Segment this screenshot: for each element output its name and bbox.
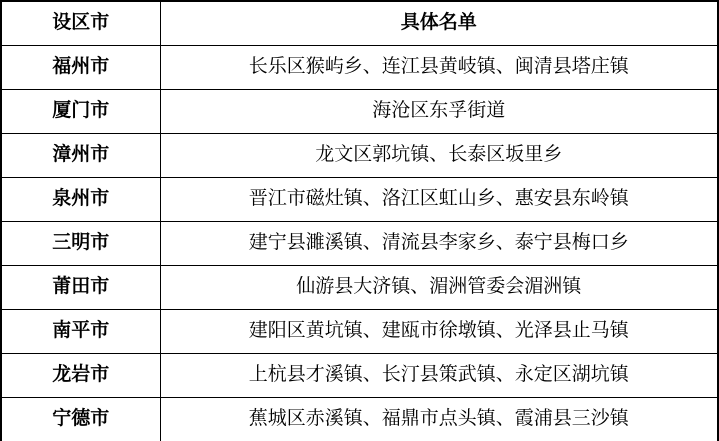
list-cell: 晋江市磁灶镇、洛江区虹山乡、惠安县东岭镇 (160, 178, 718, 222)
list-cell: 龙文区郭坑镇、长泰区坂里乡 (160, 134, 718, 178)
region-township-table: 设区市 具体名单 福州市 长乐区猴屿乡、连江县黄岐镇、闽清县塔庄镇 厦门市 海沧… (0, 0, 719, 441)
header-row: 设区市 具体名单 (1, 1, 718, 46)
header-list-column: 具体名单 (160, 1, 718, 46)
city-cell: 莆田市 (1, 266, 160, 310)
table-row: 泉州市 晋江市磁灶镇、洛江区虹山乡、惠安县东岭镇 (1, 178, 718, 222)
list-cell: 海沧区东孚街道 (160, 90, 718, 134)
header-city-column: 设区市 (1, 1, 160, 46)
city-cell: 漳州市 (1, 134, 160, 178)
list-cell: 上杭县才溪镇、长汀县策武镇、永定区湖坑镇 (160, 354, 718, 398)
table-row: 南平市 建阳区黄坑镇、建瓯市徐墩镇、光泽县止马镇 (1, 310, 718, 354)
table-row: 漳州市 龙文区郭坑镇、长泰区坂里乡 (1, 134, 718, 178)
list-cell: 建宁县濉溪镇、清流县李家乡、泰宁县梅口乡 (160, 222, 718, 266)
city-cell: 南平市 (1, 310, 160, 354)
city-cell: 福州市 (1, 46, 160, 90)
table-row: 宁德市 蕉城区赤溪镇、福鼎市点头镇、霞浦县三沙镇 (1, 398, 718, 441)
city-cell: 泉州市 (1, 178, 160, 222)
list-cell: 建阳区黄坑镇、建瓯市徐墩镇、光泽县止马镇 (160, 310, 718, 354)
table-row: 厦门市 海沧区东孚街道 (1, 90, 718, 134)
city-cell: 龙岩市 (1, 354, 160, 398)
table-row: 福州市 长乐区猴屿乡、连江县黄岐镇、闽清县塔庄镇 (1, 46, 718, 90)
table-row: 三明市 建宁县濉溪镇、清流县李家乡、泰宁县梅口乡 (1, 222, 718, 266)
city-cell: 厦门市 (1, 90, 160, 134)
list-cell: 蕉城区赤溪镇、福鼎市点头镇、霞浦县三沙镇 (160, 398, 718, 441)
city-cell: 三明市 (1, 222, 160, 266)
table-row: 龙岩市 上杭县才溪镇、长汀县策武镇、永定区湖坑镇 (1, 354, 718, 398)
list-cell: 仙游县大济镇、湄洲管委会湄洲镇 (160, 266, 718, 310)
list-cell: 长乐区猴屿乡、连江县黄岐镇、闽清县塔庄镇 (160, 46, 718, 90)
city-cell: 宁德市 (1, 398, 160, 441)
table-row: 莆田市 仙游县大济镇、湄洲管委会湄洲镇 (1, 266, 718, 310)
